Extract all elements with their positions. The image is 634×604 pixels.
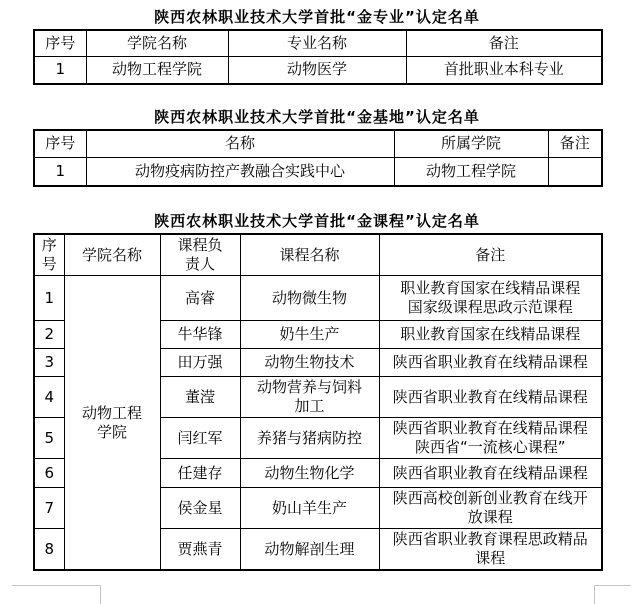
gold-major-title: 陕西农林职业技术大学首批“金专业”认定名单 — [0, 6, 634, 27]
cell-course: 动物生物化学 — [240, 459, 379, 488]
cell-course: 养猪与猪病防控 — [240, 418, 379, 459]
cell-remark: 陕西省职业教育在线精品课程 — [379, 377, 602, 418]
column-header-name: 名称 — [86, 130, 394, 157]
cell-remark: 陕西高校创新创业教育在线开 放课程 — [379, 488, 602, 529]
cell-remark: 职业教育国家在线精品课程 — [379, 321, 602, 349]
cell-teacher: 田万强 — [160, 349, 240, 377]
cell-course: 动物微生物 — [240, 276, 379, 321]
cell-teacher: 侯金星 — [160, 488, 240, 529]
cell-no: 8 — [34, 529, 64, 571]
column-header-remark: 备注 — [379, 234, 602, 276]
column-header-no: 序号 — [34, 130, 86, 157]
cell-no: 6 — [34, 459, 64, 488]
cell-no: 4 — [34, 377, 64, 418]
cell-course: 奶山羊生产 — [240, 488, 379, 529]
document-page: 陕西农林职业技术大学首批“金专业”认定名单 序号 学院名称 专业名称 备注 1 … — [0, 0, 634, 604]
cell-teacher: 任建存 — [160, 459, 240, 488]
cell-remark: 陕西省职业教育课程思政精品 课程 — [379, 529, 602, 571]
cell-college-merged: 动物工程 学院 — [64, 276, 160, 571]
gold-base-table: 序号 名称 所属学院 备注 1 动物疫病防控产教融合实践中心 动物工程学院 — [33, 129, 603, 187]
table-row: 1 动物工程学院 动物医学 首批职业本科专业 — [34, 56, 602, 84]
gold-major-table: 序号 学院名称 专业名称 备注 1 动物工程学院 动物医学 首批职业本科专业 — [33, 29, 603, 85]
column-header-course: 课程名称 — [240, 234, 379, 276]
column-header-no: 序号 — [34, 30, 86, 56]
cell-teacher: 高睿 — [160, 276, 240, 321]
cell-remark — [548, 157, 602, 186]
column-header-major: 专业名称 — [228, 30, 406, 56]
table-header-row: 序号 名称 所属学院 备注 — [34, 130, 602, 157]
cell-no: 7 — [34, 488, 64, 529]
cell-remark: 职业教育国家在线精品课程 国家级课程思政示范课程 — [379, 276, 602, 321]
cell-remark: 首批职业本科专业 — [406, 56, 602, 84]
page-boundary-mark-right — [594, 585, 631, 604]
cell-no: 5 — [34, 418, 64, 459]
cell-teacher: 闫红军 — [160, 418, 240, 459]
column-header-no: 序 号 — [34, 234, 64, 276]
column-header-college: 学院名称 — [86, 30, 228, 56]
gold-course-title: 陕西农林职业技术大学首批“金课程”认定名单 — [0, 210, 634, 231]
gold-base-title: 陕西农林职业技术大学首批“金基地”认定名单 — [0, 106, 634, 127]
cell-no: 2 — [34, 321, 64, 349]
cell-course: 奶牛生产 — [240, 321, 379, 349]
cell-course: 动物解剖生理 — [240, 529, 379, 571]
cell-college: 动物工程学院 — [394, 157, 548, 186]
cell-no: 1 — [34, 56, 86, 84]
column-header-remark: 备注 — [406, 30, 602, 56]
cell-remark: 陕西省职业教育在线精品课程 — [379, 459, 602, 488]
table-row: 1 动物工程 学院 高睿 动物微生物 职业教育国家在线精品课程 国家级课程思政示… — [34, 276, 602, 321]
cell-teacher: 贾燕青 — [160, 529, 240, 571]
column-header-remark: 备注 — [548, 130, 602, 157]
table-header-row: 序 号 学院名称 课程负 责人 课程名称 备注 — [34, 234, 602, 276]
table-row: 1 动物疫病防控产教融合实践中心 动物工程学院 — [34, 157, 602, 186]
cell-major: 动物医学 — [228, 56, 406, 84]
cell-no: 1 — [34, 157, 86, 186]
cell-name: 动物疫病防控产教融合实践中心 — [86, 157, 394, 186]
cell-teacher: 董滢 — [160, 377, 240, 418]
cell-remark: 陕西省职业教育在线精品课程 陕西省“一流核心课程” — [379, 418, 602, 459]
cell-course: 动物生物技术 — [240, 349, 379, 377]
table-header-row: 序号 学院名称 专业名称 备注 — [34, 30, 602, 56]
column-header-college: 学院名称 — [64, 234, 160, 276]
cell-no: 3 — [34, 349, 64, 377]
column-header-college: 所属学院 — [394, 130, 548, 157]
cell-no: 1 — [34, 276, 64, 321]
cell-teacher: 牛华锋 — [160, 321, 240, 349]
cell-college: 动物工程学院 — [86, 56, 228, 84]
column-header-teacher: 课程负 责人 — [160, 234, 240, 276]
page-boundary-mark-left — [12, 585, 101, 604]
cell-course: 动物营养与饲料 加工 — [240, 377, 379, 418]
cell-remark: 陕西省职业教育在线精品课程 — [379, 349, 602, 377]
gold-course-table: 序 号 学院名称 课程负 责人 课程名称 备注 1 动物工程 学院 高睿 动物微… — [33, 233, 603, 571]
